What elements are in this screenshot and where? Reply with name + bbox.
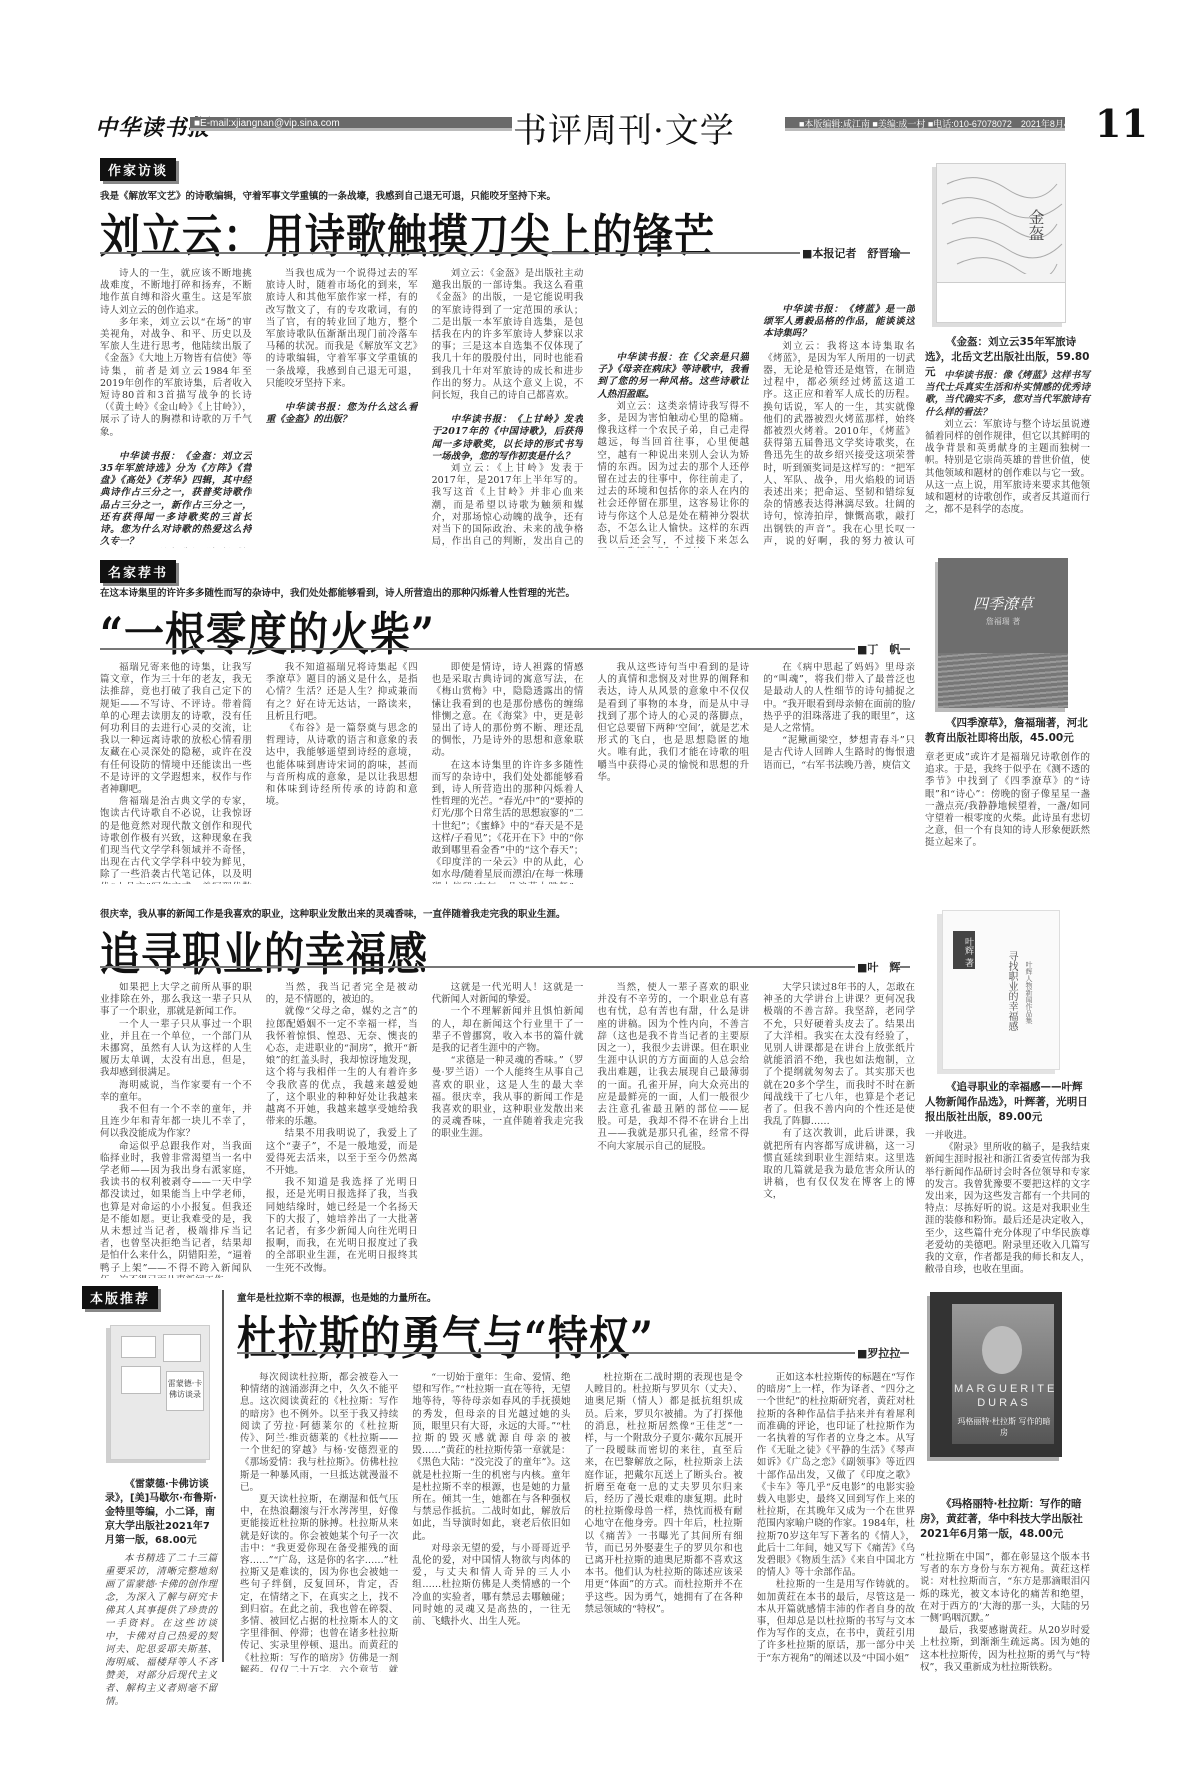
article3-col: 当然，使人一辈子喜欢的职业并没有不辛劳的，一个职业总有喜也有忧，总有苦也有甜，什…: [597, 982, 749, 1278]
paragraph: “求德是一种灵魂的香味。”（罗曼·罗兰语）一个人能终生从事自己喜欢的职业，这是人…: [432, 1055, 584, 1140]
book-cover-yehui: 叶辉 著 寻找职业的幸福感 叶辉人物新闻作品集: [942, 910, 1060, 1070]
article3-byline: ■叶 辉: [855, 959, 900, 975]
article4-byline: ■罗拉拉: [855, 1345, 900, 1361]
email-bar: ■E-mail:xjiangnan@vip.sina.com: [190, 117, 512, 131]
article4-col: 正如这本杜拉斯传的标题在“写作的暗房”上一样，作为译者、“四分之一个世纪”的杜拉…: [757, 1372, 915, 1672]
paragraph: 本书精选了二十三篇重要采访，清晰完整地刻画了雷蒙德·卡佛的创作理念，为深入了解与…: [105, 1552, 217, 1708]
note-card: [121, 1366, 161, 1394]
note-card: [163, 1334, 201, 1362]
article3-col: 这就是一代光明人！这就是一代新闻人对新闻的挚爱。 一个不理解新闻并且惧怕新闻的人…: [432, 982, 584, 1278]
article4-col: “一切始于童年：生命、爱情、绝望和写作。”“杜拉斯一直在等待，无望地等待，等待母…: [412, 1372, 570, 1672]
sidebar-text-2: 章老更成”或许才是福瑞兄诗歌创作的追求。于是，我终于似乎在《测不透的季节》中找到…: [925, 752, 1090, 850]
article2-col: 在《病中思起了妈妈》里母亲的“叫魂”，将我们带入了最普泛也是最动人的人性细节的诗…: [763, 662, 915, 884]
article2-byline: ■丁 帆: [855, 641, 900, 657]
article4-col: 杜拉斯在二战时期的表现也是令人瞠目的。杜拉斯与罗贝尔（丈夫）、迪奥尼斯（情人）都…: [585, 1372, 743, 1672]
paragraph: 最后，我要感谢黄荭。从20岁时爱上杜拉斯，到渐渐生疏远离。因为她的这本杜拉斯传，…: [920, 1625, 1090, 1674]
paragraph: “杜拉斯在中国”，都在彰显这个版本书写者的东方身份与东方视角。黄荭这样说：对杜拉…: [920, 1552, 1090, 1625]
editor-info-bar: ■本版编辑:咸江南 ■美编:成一村 ■电话:010-67078072 2021年…: [785, 117, 1065, 131]
article1-rule: [100, 252, 910, 254]
article2-kicker: 在这本诗集里的许许多多随性而写的杂诗中，我们处处都能够看到，诗人所营造出的那种闪…: [100, 585, 575, 599]
paragraph: 一个不理解新闻并且惧怕新闻的人，却在新闻这个行业里干了一辈子不曾挪窝，收入本书的…: [432, 1006, 584, 1055]
section-title: 书评周刊·文学: [513, 103, 735, 152]
article4-body: 每次阅读杜拉斯，都会被卷入一种情绪的汹涌澎湃之中，久久不能平息。这次阅读黄荭的《…: [240, 1372, 915, 1672]
paragraph: 每次阅读杜拉斯，都会被卷入一种情绪的汹涌澎湃之中，久久不能平息。这次阅读黄荭的《…: [240, 1372, 398, 1494]
book-cover-title: 寻找职业的幸福感: [1004, 951, 1019, 1031]
paragraph: 一个人一辈子只从事过一个职业，并且在一个单位，一个部门从未挪窝，虽然有人认为这样…: [100, 1019, 252, 1080]
book-blurb-carver: 本书精选了二十三篇重要采访，清晰完整地刻画了雷蒙德·卡佛的创作理念，为深入了解与…: [105, 1552, 217, 1708]
paragraph: 结果不用我明说了，我爱上了这个“妻子”，不是一般地爱，而是爱得死去活来，以至于至…: [266, 1128, 418, 1177]
paragraph: 即使是情诗，诗人袒露的情感也是采取古典诗词的寓意写法，在《梅山赏梅》中，隐隐透露…: [432, 662, 584, 760]
article2-headline: “一根零度的火柴”: [100, 598, 435, 664]
paragraph: 我不知道是我选择了光明日报，还是光明日报选择了我，当我同她结缘时，她已经是一个名…: [266, 1177, 418, 1275]
book-cover-siji: 四季潦草 詹福瑞 著: [938, 558, 1068, 708]
paragraph: 刘立云：《上甘岭》发表于2017年，是2017年上半年写的。我写这首《上甘岭》并…: [432, 463, 584, 548]
paragraph: 我不但有一个不幸的童年，并且连少年和青年都一块儿不幸了，何以我没能成为作家？: [100, 1104, 252, 1141]
paragraph: 命运似乎总跟我作对，当我面临择业时，我曾非常渴望当一名中学老师——因为我出身右派…: [100, 1141, 252, 1278]
paragraph: 在《病中思起了妈妈》里母亲的“叫魂”，将我们带入了最普泛也是最动人的人性细节的诗…: [763, 662, 915, 735]
paragraph: 刘立云：《金盔》是出版社主动邀我出版的一部诗集。我这么看重《金盔》的出版，一是它…: [432, 268, 584, 402]
article1-col: 诗人的一生，就应该不断地挑战难度，不断地打碎和扬弃，不断地作茧自缚和浴火重生。这…: [100, 268, 252, 548]
article1-col: 中华读书报：《烤蓝》是一部颂军人勇毅品格的作品，能谈谈这本诗集吗？ 刘立云：我将…: [763, 268, 915, 548]
paragraph: 《附录》里所收的稿子，是我结束新闻生涯时报社和浙江省委宣传部为我举行新闻作品研讨…: [925, 1142, 1090, 1276]
paragraph: “一切始于童年：生命、爱情、绝望和写作。”“杜拉斯一直在等待，无望地等待，等待母…: [412, 1372, 570, 1543]
book-cover-subtitle: 叶辉人物新闻作品集: [1024, 961, 1034, 1024]
book-cover-title: 雷蒙德·卡佛访谈录: [166, 1371, 204, 1411]
sidebar-text-4: “杜拉斯在中国”，都在彰显这个版本书写者的东方身份与东方视角。黄荭这样说：对杜拉…: [920, 1552, 1090, 1674]
contour-pattern-icon: [937, 164, 1067, 274]
section-tag-recommended-by-masters: 名家荐书: [100, 560, 176, 583]
paragraph: “泥鳅画梁空，梦想青春斗”只是古代诗人回眸人生路时的悔恨遗语而已，“右军书法晚乃…: [763, 735, 915, 772]
paragraph: 刘立云：我将这本诗集取名《烤蓝》，是因为军人所用的一切武器，无论是枪管还是炮管，…: [763, 341, 915, 548]
sidebar-text-3: 一并收进。 《附录》里所收的稿子，是我结束新闻生涯时报社和浙江省委宣传部为我举行…: [925, 1130, 1090, 1276]
article2-col: 福瑞兄寄来他的诗集，让我写篇文章，作为三十年的老友，我无法推辞，竟也打破了我自己…: [100, 662, 252, 884]
paragraph: 我不知道福瑞兄将诗集起《四季潦草》题目的涵义是什么，是指心情？生活？还是人生？抑…: [266, 662, 418, 723]
paragraph: 对母亲无望的爱，与小哥哥近乎乱伦的爱，对中国情人物欲与肉体的爱，与丈夫和情人奇异…: [412, 1543, 570, 1628]
book-cover-title: 金盔: [1024, 209, 1047, 241]
book-caption-carver: 《雷蒙德·卡佛访谈录》，[美]马歇尔·布鲁斯·金特里等编，小二译，南京大学出版社…: [105, 1478, 217, 1548]
paragraph: 当然，使人一辈子喜欢的职业并没有不辛劳的，一个职业总有喜也有忧，总有苦也有甜，什…: [597, 982, 749, 1153]
article1-body: 诗人的一生，就应该不断地挑战难度，不断地打碎和扬弃，不断地作茧自缚和浴火重生。这…: [100, 268, 915, 548]
book-cover-subtitle: 玛格丽特·杜拉斯 写作的暗房: [954, 1416, 1054, 1438]
masthead: 中华读书报 ■E-mail:xjiangnan@vip.sina.com 书评周…: [95, 105, 1095, 145]
book-caption-duras: 《玛格丽特·杜拉斯：写作的暗房》，黄荭著，华中科技大学出版社2021年6月第一版…: [920, 1497, 1090, 1542]
paragraph: 有了这次教训，此后讲课，我就把所有内容都写成讲稿，这一习惯直延续到职业生涯结束。…: [763, 1128, 915, 1201]
paragraph: 福瑞兄寄来他的诗集，让我写篇文章，作为三十年的老友，我无法推辞，竟也打破了我自己…: [100, 662, 252, 796]
article4-headline: 杜拉斯的勇气与“特权”: [237, 1302, 654, 1368]
paragraph: 正如这本杜拉斯传的标题在“写作的暗房”上一样，作为译者、“四分之一个世纪”的杜拉…: [757, 1372, 915, 1579]
paragraph: 当然，我当记者完全是被动的，是不情愿的，被迫的。: [266, 982, 418, 1006]
paragraph: 我从这些诗句当中看到的是诗人的真情和悲悯及对世界的阐释和表达，诗人从风景的意象中…: [597, 662, 749, 784]
paragraph: 杜拉斯的一生是用写作铸就的。如加黄荭在本书的最后，尽管这是一本从开篇就感情丰沛的…: [757, 1579, 915, 1664]
sidebar-qa: 中华读书报：像《烤蓝》这样书写当代士兵真实生活和朴实情感的优秀诗歌，当代确实不多…: [925, 370, 1090, 516]
question: 中华读书报：《烤蓝》是一部颂军人勇毅品格的作品，能谈谈这本诗集吗？: [763, 304, 915, 341]
book-cover-jinkui: 金盔: [936, 163, 1066, 323]
section-tag-this-page-recommends: 本版推荐: [82, 1286, 158, 1309]
book-cover-duras: MARGUERITE DURAS 玛格丽特·杜拉斯 写作的暗房: [930, 1292, 1062, 1457]
article1-col: 刘立云：《金盔》是出版社主动邀我出版的一部诗集。我这么看重《金盔》的出版，一是它…: [432, 268, 584, 548]
question: 中华读书报：《上甘岭》发表于2017年的《中国诗歌》，后获得闻一多诗歌奖，以长诗…: [432, 414, 584, 463]
article3-col: 如果把上大学之前所从事的职业排除在外，那么我这一辈子只从事了一个职业，那就是新闻…: [100, 982, 252, 1278]
question: 中华读书报：在《父亲是只猫子》《母亲在病床》等诗歌中，我看到了您的另一种风格。这…: [597, 352, 749, 401]
paragraph: 章老更成”或许才是福瑞兄诗歌创作的追求。于是，我终于似乎在《测不透的季节》中找到…: [925, 752, 1090, 850]
portrait-face: [982, 1326, 1022, 1374]
paragraph: 《布谷》是一篇祭奠与思念的哲理诗，从诗歌的语言和意象的表达中，我能够遥望到诗经的…: [266, 723, 418, 808]
paragraph: 大学只读过8年书的人，怎敢在神圣的大学讲台上讲课？更何况我极端的不善言辞。我坚辞…: [763, 982, 915, 1128]
book-cover-author: 詹福瑞 著: [938, 616, 1068, 627]
note-card: [121, 1336, 156, 1358]
water-pattern: [938, 653, 1068, 708]
left-sidebar-divider: [222, 1290, 224, 1662]
paragraph: 多年来，刘立云以“在场”的审美视角，对战争、和平、历史以及军旅人生进行思考，他陆…: [100, 317, 252, 439]
paragraph: 刘立云：这类亲情诗我写得不多，是因为害怕触动心里的隐痛。像我这样一个农民子弟，自…: [597, 401, 749, 548]
book-cover-carver: 雷蒙德·卡佛访谈录: [110, 1325, 210, 1460]
paragraph: 一并收进。: [925, 1130, 1090, 1142]
book-caption-yehui: 《追寻职业的幸福感——叶辉人物新闻作品选》，叶辉著，光明日报出版社出版，89.0…: [925, 1080, 1090, 1125]
article1-col: 中华读书报：在《父亲是只猫子》《母亲在病床》等诗歌中，我看到了您的另一种风格。这…: [597, 268, 749, 548]
paragraph: 诗人的一生，就应该不断地挑战难度，不断地打碎和扬弃，不断地作茧自缚和浴火重生。这…: [100, 268, 252, 317]
article2-col: 我从这些诗句当中看到的是诗人的真情和悲悯及对世界的阐释和表达，诗人从风景的意象中…: [597, 662, 749, 884]
paragraph: 海明威说，当作家要有一个不幸的童年。: [100, 1080, 252, 1104]
paragraph: 刘立云：军旅诗与整个诗坛虽说遵循着同样的创作规律，但它以其鲜明的战争背景和英勇献…: [925, 419, 1090, 517]
article2-col: 我不知道福瑞兄将诗集起《四季潦草》题目的涵义是什么，是指心情？生活？还是人生？抑…: [266, 662, 418, 884]
question: 中华读书报：像《烤蓝》这样书写当代士兵真实生活和朴实情感的优秀诗歌，当代确实不多…: [925, 370, 1090, 419]
article2-body: 福瑞兄寄来他的诗集，让我写篇文章，作为三十年的老友，我无法推辞，竟也打破了我自己…: [100, 662, 915, 884]
article1-headline: 刘立云：用诗歌触摸刀尖上的锋芒: [100, 200, 715, 266]
article3-body: 如果把上大学之前所从事的职业排除在外，那么我这一辈子只从事了一个职业，那就是新闻…: [100, 982, 915, 1278]
article4-col: 每次阅读杜拉斯，都会被卷入一种情绪的汹涌澎湃之中，久久不能平息。这次阅读黄荭的《…: [240, 1372, 398, 1672]
article3-col: 大学只读过8年书的人，怎敢在神圣的大学讲台上讲课？更何况我极端的不善言辞。我坚辞…: [763, 982, 915, 1278]
question: 中华读书报：《金盔：刘立云35年军旅诗选》分为《方阵》《营盘》《高处》《芳华》四…: [100, 451, 252, 548]
article2-col: 即使是情诗，诗人袒露的情感也是采取古典诗词的寓意写法，在《梅山赏梅》中，隐隐透露…: [432, 662, 584, 884]
article3-headline: 追寻职业的幸福感: [100, 918, 428, 984]
book-cover-title: 四季潦草: [938, 593, 1068, 614]
paragraph: 就像“父母之命，媒妁之言”的拉郎配婚姻不一定不幸福一样，当我怀着惊惧、惶恐、无奈…: [266, 1006, 418, 1128]
article3-col: 当然，我当记者完全是被动的，是不情愿的，被迫的。 就像“父母之命，媒妁之言”的拉…: [266, 982, 418, 1278]
article1-byline: ■本报记者 舒晋瑜: [800, 245, 900, 261]
paragraph: 这就是一代光明人！这就是一代新闻人对新闻的挚爱。: [432, 982, 584, 1006]
paragraph: 夏天读杜拉斯，在潮湿和低气压中，在热浪翻滚与汗水涔涔里，好像更能接近杜拉斯的脉搏…: [240, 1494, 398, 1672]
paragraph: 杜拉斯在二战时期的表现也是令人瞠目的。杜拉斯与罗贝尔（丈夫）、迪奥尼斯（情人）都…: [585, 1372, 743, 1616]
book-cover-title: MARGUERITE DURAS: [954, 1382, 1054, 1410]
article4-rule: [237, 1352, 909, 1354]
article3-rule: [100, 966, 910, 968]
paragraph: 在这本诗集里的许许多多随性而写的杂诗中，我们处处都能够看到，诗人所营造出的那种闪…: [432, 760, 584, 884]
book-cover-author: 叶辉 著: [953, 931, 975, 969]
paragraph: 如果把上大学之前所从事的职业排除在外，那么我这一辈子只从事了一个职业，那就是新闻…: [100, 982, 252, 1019]
article2-rule: [100, 648, 910, 650]
page-number: 11: [1095, 101, 1148, 146]
question: 中华读书报：您为什么这么看重《金盔》的出版？: [266, 402, 418, 426]
paragraph: 当我也成为一个说得过去的军旅诗人时，随着市场化的到来，军旅诗人和其他军旅作家一样…: [266, 268, 418, 390]
section-tag-author-interview: 作家访谈: [100, 158, 176, 181]
paragraph: 詹福瑞是治古典文学的专家，饱读古代诗歌自不必说，让我惊讶的是他竟然对现代散文创作…: [100, 796, 252, 884]
book-caption-siji: 《四季潦草》，詹福瑞著，河北教育出版社即将出版，45.00元: [925, 716, 1090, 746]
book-cover-footer: [937, 282, 1065, 322]
article1-col: 当我也成为一个说得过去的军旅诗人时，随着市场化的到来，军旅诗人和其他军旅作家一样…: [266, 268, 418, 548]
